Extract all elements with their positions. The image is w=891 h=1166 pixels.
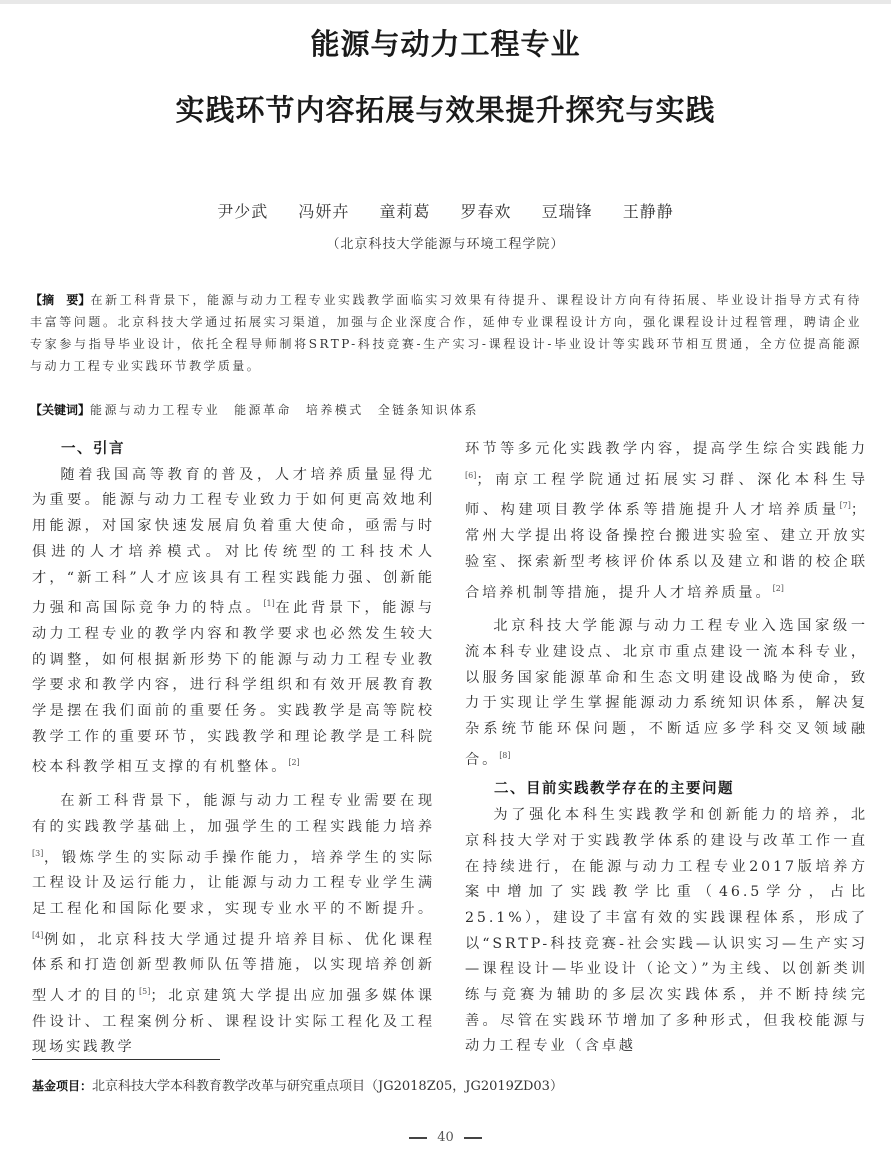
paragraph: 为了强化本科生实践教学和创新能力的培养，北京科技大学对于实践教学体系的建设与改革… xyxy=(465,803,868,1060)
body-column-right: 环节等多元化实践教学内容，提高学生综合实践能力[6]；南京工程学院通过拓展实习群… xyxy=(465,437,868,1060)
keywords-label: 【关键词】 xyxy=(30,403,90,417)
paragraph-continued: 环节等多元化实践教学内容，提高学生综合实践能力[6]；南京工程学院通过拓展实习群… xyxy=(465,437,868,606)
affiliation: （北京科技大学能源与环境工程学院） xyxy=(0,233,891,252)
keyword: 能源与动力工程专业 xyxy=(90,403,220,417)
author: 尹少武 xyxy=(217,202,268,221)
citation-ref: [2] xyxy=(288,758,299,767)
author: 童莉葛 xyxy=(379,202,430,221)
funding-note: 基金项目：北京科技大学本科教育教学改革与研究重点项目（JG2018Z05，JG2… xyxy=(32,1075,563,1094)
section-heading-introduction: 一、引言 xyxy=(32,437,435,463)
citation-ref: [8] xyxy=(499,751,510,760)
paragraph-text: 随着我国高等教育的普及，人才培养质量显得尤为重要。能源与动力工程专业致力于如何更… xyxy=(32,467,435,617)
author: 王静静 xyxy=(623,202,674,221)
author: 豆瑞锋 xyxy=(542,202,593,221)
paragraph-text: 在新工科背景下，能源与动力工程专业需要在现有的实践教学基础上，加强学生的工程实践… xyxy=(32,793,435,835)
paragraph: 随着我国高等教育的普及，人才培养质量显得尤为重要。能源与动力工程专业致力于如何更… xyxy=(32,463,435,781)
abstract: 【摘 要】在新工科背景下，能源与动力工程专业实践教学面临实习效果有待提升、课程设… xyxy=(30,289,862,377)
paper-title-line-1: 能源与动力工程专业 xyxy=(0,22,891,63)
author-list: 尹少武 冯妍卉 童莉葛 罗春欢 豆瑞锋 王静静 xyxy=(0,199,891,222)
page-number-value: 40 xyxy=(437,1130,454,1145)
keywords: 【关键词】能源与动力工程专业能源革命培养模式全链条知识体系 xyxy=(30,399,862,421)
page-number: 40 xyxy=(0,1130,891,1145)
section-heading-problems: 二、目前实践教学存在的主要问题 xyxy=(465,777,868,803)
page-top-edge xyxy=(0,0,891,4)
paragraph-text: 环节等多元化实践教学内容，提高学生综合实践能力 xyxy=(465,441,868,457)
funding-label: 基金项目： xyxy=(32,1079,92,1093)
abstract-label: 【摘 要】 xyxy=(30,293,91,307)
footnote-divider xyxy=(32,1059,220,1060)
keyword: 全链条知识体系 xyxy=(378,403,479,417)
citation-ref: [2] xyxy=(773,584,784,593)
citation-ref: [4] xyxy=(32,931,43,940)
funding-text: 北京科技大学本科教育教学改革与研究重点项目（JG2018Z05，JG2019ZD… xyxy=(92,1079,563,1094)
keyword: 能源革命 xyxy=(234,403,292,417)
citation-ref: [3] xyxy=(32,849,43,858)
paragraph: 在新工科背景下，能源与动力工程专业需要在现有的实践教学基础上，加强学生的工程实践… xyxy=(32,789,435,1061)
paper-title-line-2: 实践环节内容拓展与效果提升探究与实践 xyxy=(0,88,891,129)
citation-ref: [6] xyxy=(465,471,476,480)
paragraph-text: 北京科技大学能源与动力工程专业入选国家级一流本科专业建设点、北京市重点建设一流本… xyxy=(465,618,868,768)
paragraph: 北京科技大学能源与动力工程专业入选国家级一流本科专业建设点、北京市重点建设一流本… xyxy=(465,614,868,773)
author: 罗春欢 xyxy=(461,202,512,221)
body-column-left: 一、引言 随着我国高等教育的普及，人才培养质量显得尤为重要。能源与动力工程专业致… xyxy=(32,437,435,1061)
author: 冯妍卉 xyxy=(298,202,349,221)
citation-ref: [7] xyxy=(840,501,851,510)
dash-decoration xyxy=(409,1137,427,1139)
citation-ref: [1] xyxy=(263,599,274,608)
dash-decoration xyxy=(464,1137,482,1139)
citation-ref: [5] xyxy=(139,987,150,996)
paragraph-text: ；南京工程学院通过拓展实习群、深化本科生导师、构建项目教学体系等措施提升人才培养… xyxy=(465,472,868,519)
paragraph-text: ，锻炼学生的实际动手操作能力，培养学生的实际工程设计及运行能力，让能源与动力工程… xyxy=(32,850,435,917)
abstract-text: 在新工科背景下，能源与动力工程专业实践教学面临实习效果有待提升、课程设计方向有待… xyxy=(30,293,862,373)
keyword: 培养模式 xyxy=(306,403,364,417)
paragraph-text: 在此背景下，能源与动力工程专业的教学内容和教学要求也必然发生较大的调整，如何根据… xyxy=(32,600,435,775)
